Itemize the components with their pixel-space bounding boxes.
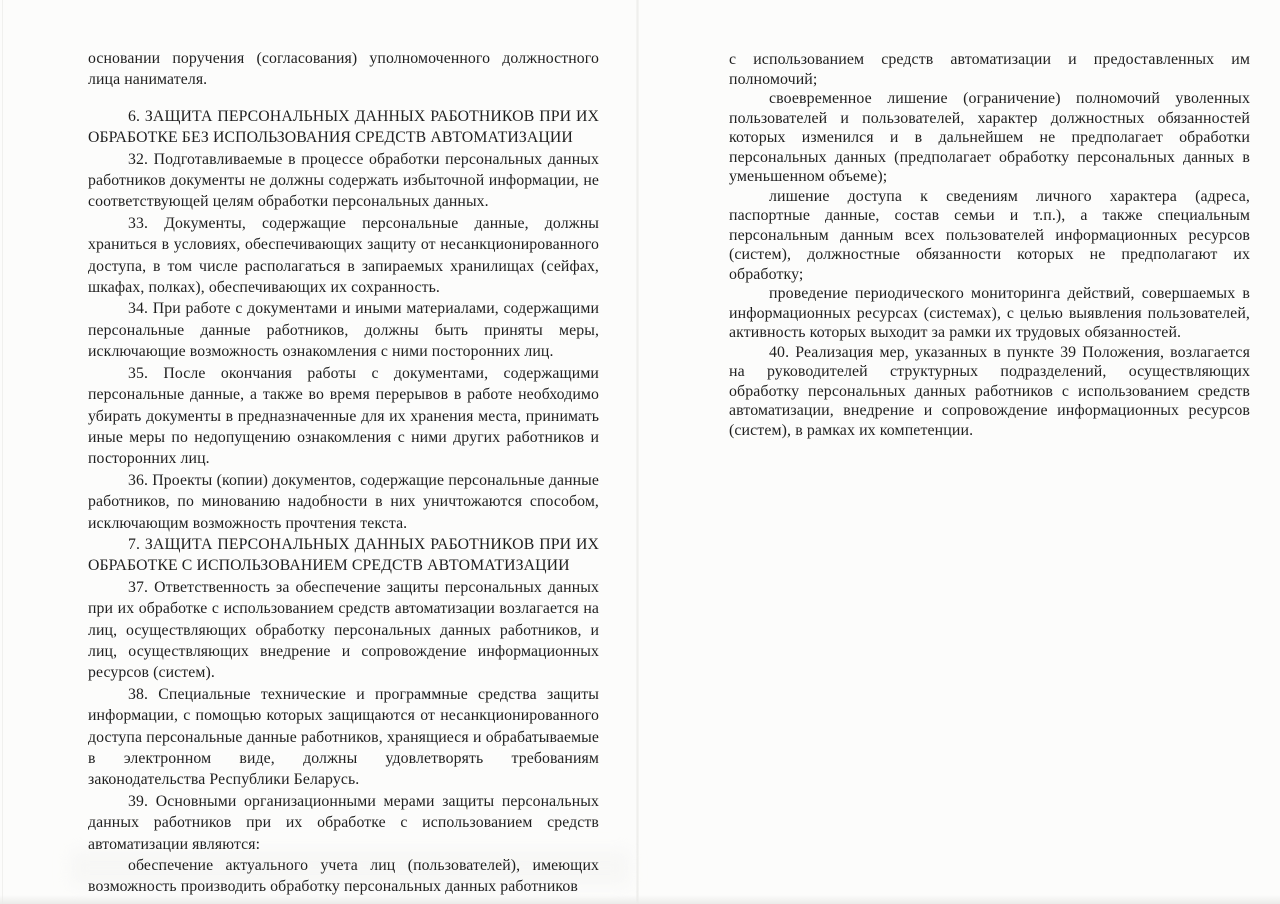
clause-35: 35. После окончания работы с документами… (88, 363, 599, 470)
clause-38: 38. Специальные технические и программны… (88, 684, 599, 791)
section-6-heading: 6. ЗАЩИТА ПЕРСОНАЛЬНЫХ ДАННЫХ РАБОТНИКОВ… (88, 106, 599, 149)
clause-33: 33. Документы, содержащие персональные д… (88, 213, 599, 299)
list-item-access-restriction: лишение доступа к сведениям личного хара… (729, 187, 1250, 285)
document-scan-view: основании поручения (согласования) уполн… (0, 0, 1280, 904)
page-left-scan: основании поручения (согласования) уполн… (88, 48, 599, 898)
left-scan-edge (2, 0, 3, 904)
section-7-heading: 7. ЗАЩИТА ПЕРСОНАЛЬНЫХ ДАННЫХ РАБОТНИКОВ… (88, 534, 599, 577)
continuation-paragraph: основании поручения (согласования) уполн… (88, 48, 599, 91)
clause-36: 36. Проекты (копии) документов, содержащ… (88, 470, 599, 534)
page-edge-divider (636, 0, 639, 904)
clause-39: 39. Основными организационными мерами за… (88, 791, 599, 855)
list-item-user-accounting: обеспечение актуального учета лиц (польз… (88, 855, 599, 898)
clause-32: 32. Подготавливаемые в процессе обработк… (88, 149, 599, 213)
page-right-scan: с использованием средств автоматизации и… (729, 50, 1250, 440)
list-item-monitoring: проведение периодического мониторинга де… (729, 284, 1250, 343)
list-item-revoke-permissions: своевременное лишение (ограничение) полн… (729, 89, 1250, 187)
clause-37: 37. Ответственность за обеспечение защит… (88, 577, 599, 684)
clause-34: 34. При работе с документами и иными мат… (88, 298, 599, 362)
continuation-paragraph: с использованием средств автоматизации и… (729, 50, 1250, 89)
clause-40: 40. Реализация мер, указанных в пункте 3… (729, 343, 1250, 441)
